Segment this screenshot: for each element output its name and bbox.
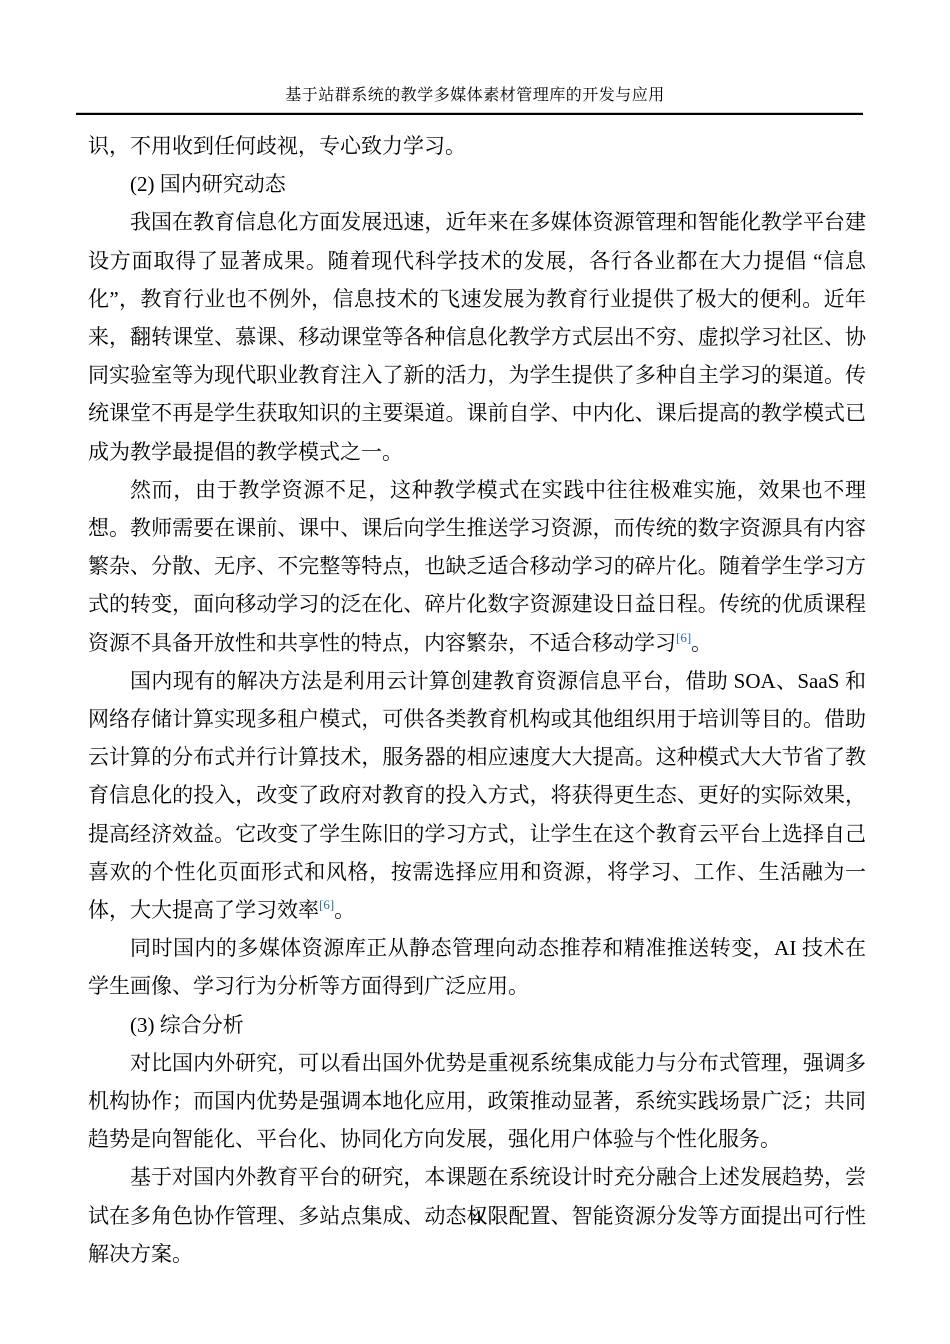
text-run: 同时国内的多媒体资源库正从静态管理向动态推荐和精准推送转变，AI 技术在学生画像… xyxy=(88,936,866,998)
citation-ref[interactable]: [6] xyxy=(319,897,334,912)
text-run: 。 xyxy=(691,631,712,655)
text-run: 识，不用收到任何歧视，专心致力学习。 xyxy=(88,134,466,158)
citation-ref[interactable]: [6] xyxy=(676,630,691,645)
paragraph: 然而，由于教学资源不足，这种教学模式在实践中往往极难实施，效果也不理想。教师需要… xyxy=(88,471,866,662)
paragraph: (3) 综合分析 xyxy=(88,1006,866,1044)
paragraph: 对比国内外研究，可以看出国外优势是重视系统集成能力与分布式管理，强调多机构协作；… xyxy=(88,1044,866,1159)
paragraph: (2) 国内研究动态 xyxy=(88,165,866,203)
text-run: (3) 综合分析 xyxy=(130,1013,244,1037)
paragraph: 识，不用收到任何歧视，专心致力学习。 xyxy=(88,127,866,165)
paragraph: 我国在教育信息化方面发展迅速，近年来在多媒体资源管理和智能化教学平台建设方面取得… xyxy=(88,203,866,470)
page-number: 4 xyxy=(472,1207,482,1228)
text-run: 对比国内外研究，可以看出国外优势是重视系统集成能力与分布式管理，强调多机构协作；… xyxy=(88,1051,866,1151)
text-run: 。 xyxy=(334,898,355,922)
text-run: (2) 国内研究动态 xyxy=(130,172,286,196)
document-body: 识，不用收到任何歧视，专心致力学习。(2) 国内研究动态我国在教育信息化方面发展… xyxy=(88,127,866,1273)
header-rule xyxy=(76,112,863,115)
header-title: 基于站群系统的教学多媒体素材管理库的开发与应用 xyxy=(0,85,950,107)
text-run: 国内现有的解决方法是利用云计算创建教育资源信息平台，借助 SOA、SaaS 和网… xyxy=(88,669,866,922)
text-run: 然而，由于教学资源不足，这种教学模式在实践中往往极难实施，效果也不理想。教师需要… xyxy=(88,478,866,655)
document-page: 基于站群系统的教学多媒体素材管理库的开发与应用 识，不用收到任何歧视，专心致力学… xyxy=(0,0,950,1344)
text-run: 我国在教育信息化方面发展迅速，近年来在多媒体资源管理和智能化教学平台建设方面取得… xyxy=(88,210,866,463)
paragraph: 国内现有的解决方法是利用云计算创建教育资源信息平台，借助 SOA、SaaS 和网… xyxy=(88,662,866,929)
paragraph: 同时国内的多媒体资源库正从静态管理向动态推荐和精准推送转变，AI 技术在学生画像… xyxy=(88,929,866,1005)
page-footer: 4 xyxy=(88,1205,866,1231)
